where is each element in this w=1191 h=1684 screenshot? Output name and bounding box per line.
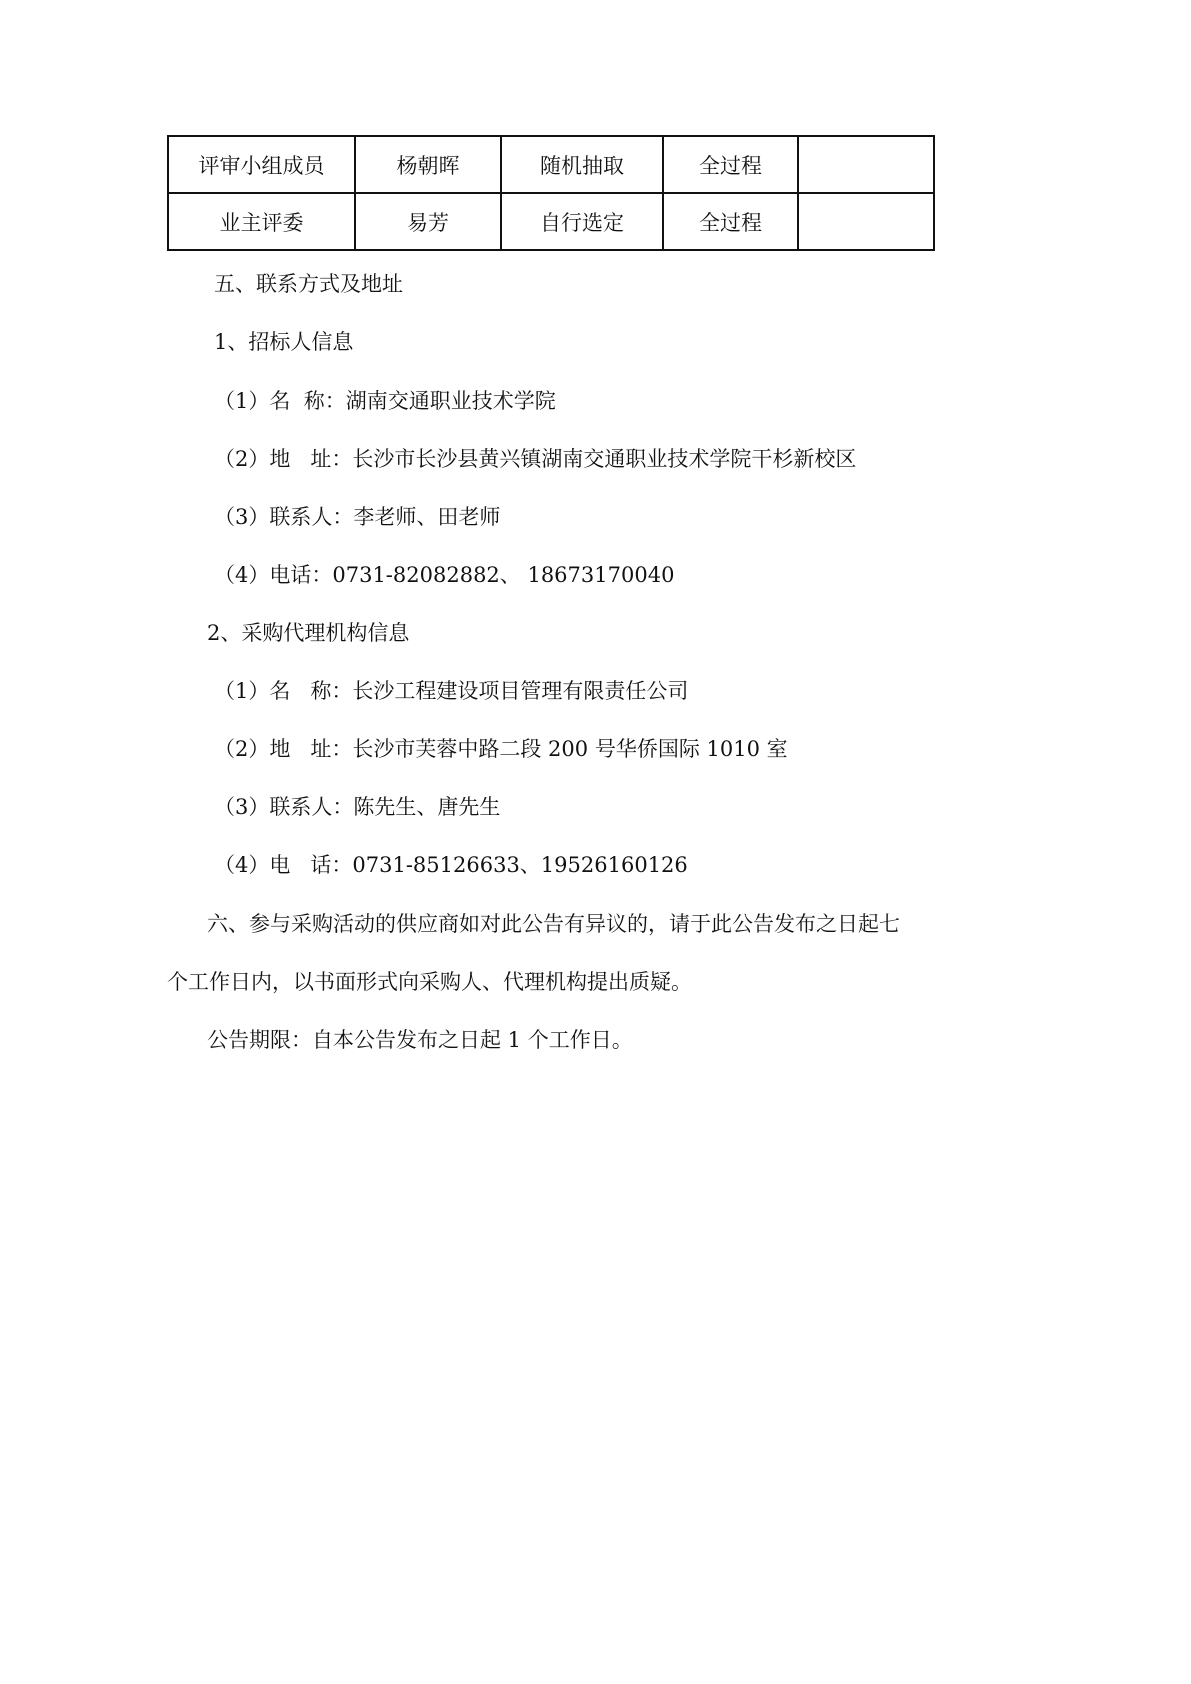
- notice-period: 公告期限：自本公告发布之日起 1 个工作日。: [207, 1025, 633, 1055]
- tenderer-contact: （3）联系人：李老师、田老师: [214, 502, 500, 532]
- tenderer-name: （1）名 称：湖南交通职业技术学院: [214, 386, 556, 416]
- table-cell: 业主评委: [168, 193, 355, 250]
- table-row: 评审小组成员 杨朝晖 随机抽取 全过程: [168, 136, 934, 193]
- agency-address: （2）地 址：长沙市芙蓉中路二段 200 号华侨国际 1010 室: [214, 734, 788, 764]
- agency-name: （1）名 称：长沙工程建设项目管理有限责任公司: [214, 676, 688, 706]
- table-cell: 杨朝晖: [355, 136, 501, 193]
- agency-phone: （4）电 话：0731-85126633、19526160126: [214, 850, 688, 880]
- table-cell: [798, 136, 934, 193]
- table-cell: [798, 193, 934, 250]
- table-cell: 全过程: [663, 193, 798, 250]
- objection-paragraph-line2: 个工作日内，以书面形式向采购人、代理机构提出质疑。: [167, 967, 692, 997]
- table-cell: 全过程: [663, 136, 798, 193]
- tenderer-address: （2）地 址：长沙市长沙县黄兴镇湖南交通职业技术学院干杉新校区: [214, 444, 856, 474]
- table-cell: 自行选定: [501, 193, 663, 250]
- subsection-heading: 2、采购代理机构信息: [207, 618, 409, 648]
- table-cell: 评审小组成员: [168, 136, 355, 193]
- section-heading: 五、联系方式及地址: [214, 269, 403, 299]
- subsection-heading: 1、招标人信息: [214, 327, 353, 357]
- tenderer-phone: （4）电话：0731-82082882、 18673170040: [214, 560, 674, 590]
- agency-contact: （3）联系人：陈先生、唐先生: [214, 792, 500, 822]
- table-cell: 随机抽取: [501, 136, 663, 193]
- table-row: 业主评委 易芳 自行选定 全过程: [168, 193, 934, 250]
- table-cell: 易芳: [355, 193, 501, 250]
- objection-paragraph-line1: 六、参与采购活动的供应商如对此公告有异议的，请于此公告发布之日起七: [207, 909, 900, 939]
- evaluation-committee-table: 评审小组成员 杨朝晖 随机抽取 全过程 业主评委 易芳 自行选定 全过程: [167, 135, 935, 251]
- document-page: 评审小组成员 杨朝晖 随机抽取 全过程 业主评委 易芳 自行选定 全过程 五、联…: [0, 0, 1191, 1684]
